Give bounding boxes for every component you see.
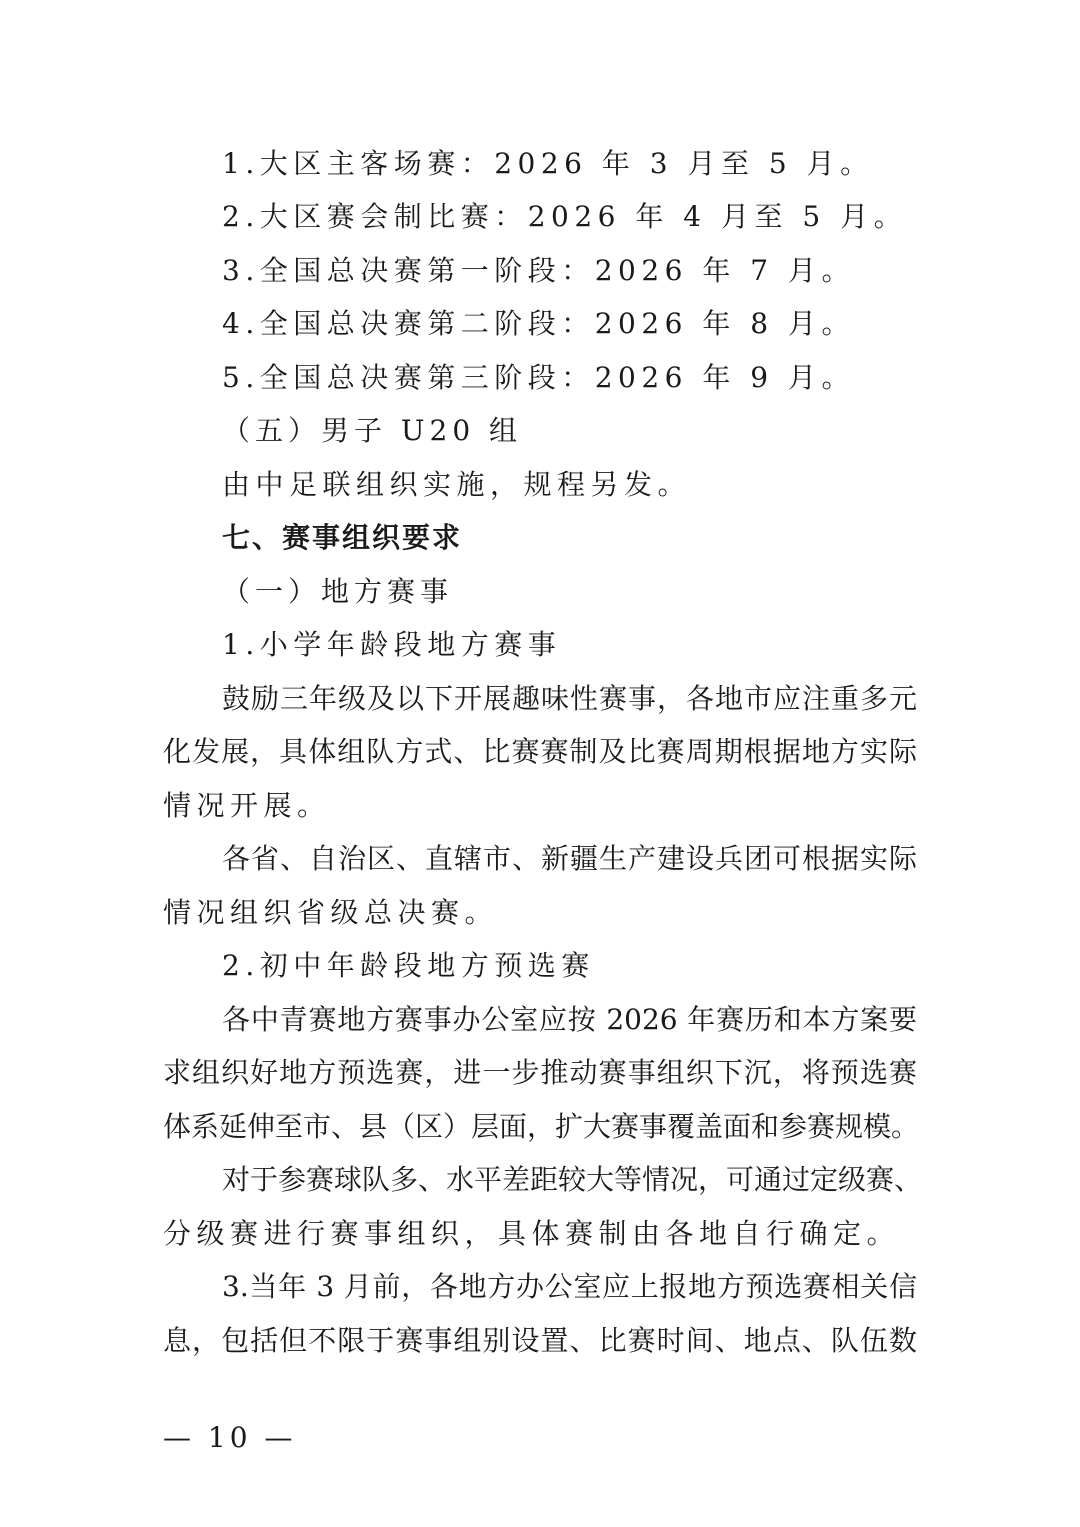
page-number: — 10 —	[163, 1418, 296, 1458]
schedule-item-1: 1.大区主客场赛：2026 年 3 月至 5 月。	[222, 144, 917, 184]
item-heading-junior: 2.初中年龄段地方预选赛	[222, 946, 917, 986]
paragraph-line: 对于参赛球队多、水平差距较大等情况，可通过定级赛、	[222, 1160, 917, 1200]
paragraph-line: 鼓励三年级及以下开展趣味性赛事，各地市应注重多元	[222, 679, 917, 719]
paragraph-line: 各中青赛地方赛事办公室应按 2026 年赛历和本方案要	[222, 1000, 917, 1040]
schedule-item-3: 3.全国总决赛第一阶段：2026 年 7 月。	[222, 251, 917, 291]
paragraph-line: 各省、自治区、直辖市、新疆生产建设兵团可根据实际	[222, 839, 917, 879]
paragraph-line: 求组织好地方预选赛，进一步推动赛事组织下沉，将预选赛	[163, 1053, 917, 1093]
paragraph-line: 情况组织省级总决赛。	[163, 893, 917, 933]
schedule-item-5: 5.全国总决赛第三阶段：2026 年 9 月。	[222, 358, 917, 398]
paragraph-line: 化发展，具体组队方式、比赛赛制及比赛周期根据地方实际	[163, 732, 917, 772]
subsection-heading-local: （一）地方赛事	[222, 572, 976, 612]
item-heading-primary: 1.小学年龄段地方赛事	[222, 625, 917, 665]
paragraph-line: 3.当年 3 月前，各地方办公室应上报地方预选赛相关信	[222, 1267, 917, 1307]
section-heading: 七、赛事组织要求	[222, 518, 917, 558]
schedule-item-4: 4.全国总决赛第二阶段：2026 年 8 月。	[222, 304, 917, 344]
paragraph-line: 息，包括但不限于赛事组别设置、比赛时间、地点、队伍数	[163, 1321, 917, 1361]
body-text: 由中足联组织实施，规程另发。	[222, 465, 917, 505]
paragraph-line: 分级赛进行赛事组织，具体赛制由各地自行确定。	[163, 1214, 917, 1254]
paragraph-line: 情况开展。	[163, 786, 917, 826]
document-page: 1.大区主客场赛：2026 年 3 月至 5 月。 2.大区赛会制比赛：2026…	[0, 0, 1080, 1527]
paragraph-line: 体系延伸至市、县（区）层面，扩大赛事覆盖面和参赛规模。	[163, 1107, 917, 1147]
schedule-item-2: 2.大区赛会制比赛：2026 年 4 月至 5 月。	[222, 197, 917, 237]
subsection-heading-u20: （五）男子 U20 组	[222, 411, 976, 451]
